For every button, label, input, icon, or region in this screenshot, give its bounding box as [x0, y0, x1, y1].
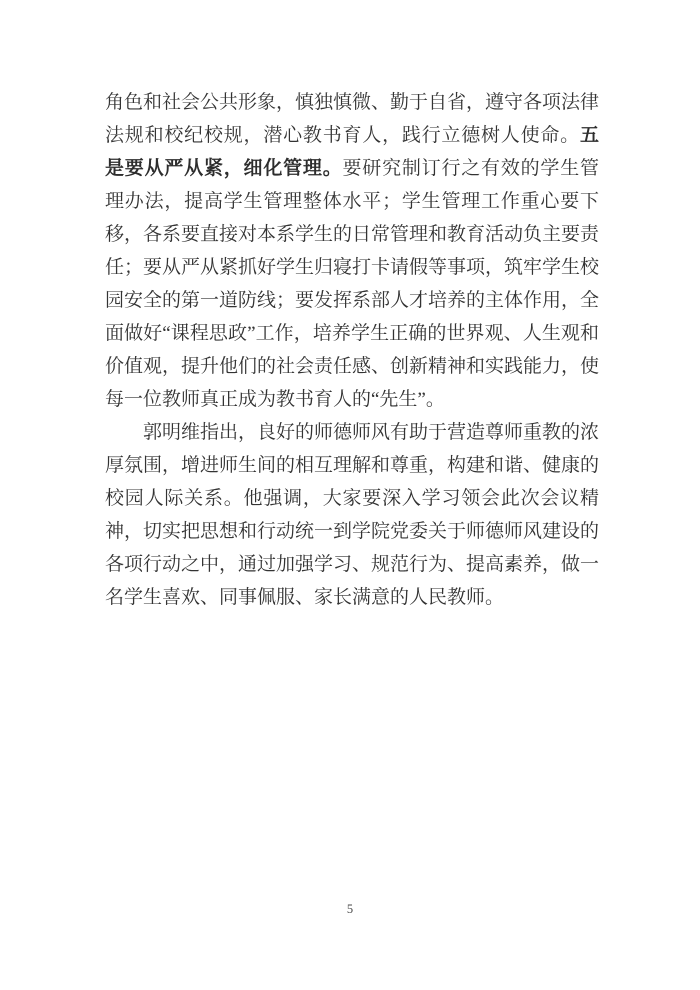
- text-segment: 角色和社会公共形象，慎独慎微、勤于自省，遵守各项法律法规和校纪校规，潜心教书育人…: [105, 92, 599, 146]
- text-segment: 郭明维指出，良好的师德师风有助于营造尊师重教的浓厚氛围，增进师生间的相互理解和尊…: [105, 422, 599, 608]
- document-page: 角色和社会公共形象，慎独慎微、勤于自省，遵守各项法律法规和校纪校规，潜心教书育人…: [0, 0, 700, 990]
- paragraph: 角色和社会公共形象，慎独慎微、勤于自省，遵守各项法律法规和校纪校规，潜心教书育人…: [105, 86, 599, 416]
- document-body: 角色和社会公共形象，慎独慎微、勤于自省，遵守各项法律法规和校纪校规，潜心教书育人…: [105, 86, 599, 614]
- text-segment: 要研究制订行之有效的学生管理办法，提高学生管理整体水平；学生管理工作重心要下移，…: [105, 158, 599, 410]
- page-number: 5: [0, 901, 700, 917]
- paragraph: 郭明维指出，良好的师德师风有助于营造尊师重教的浓厚氛围，增进师生间的相互理解和尊…: [105, 416, 599, 614]
